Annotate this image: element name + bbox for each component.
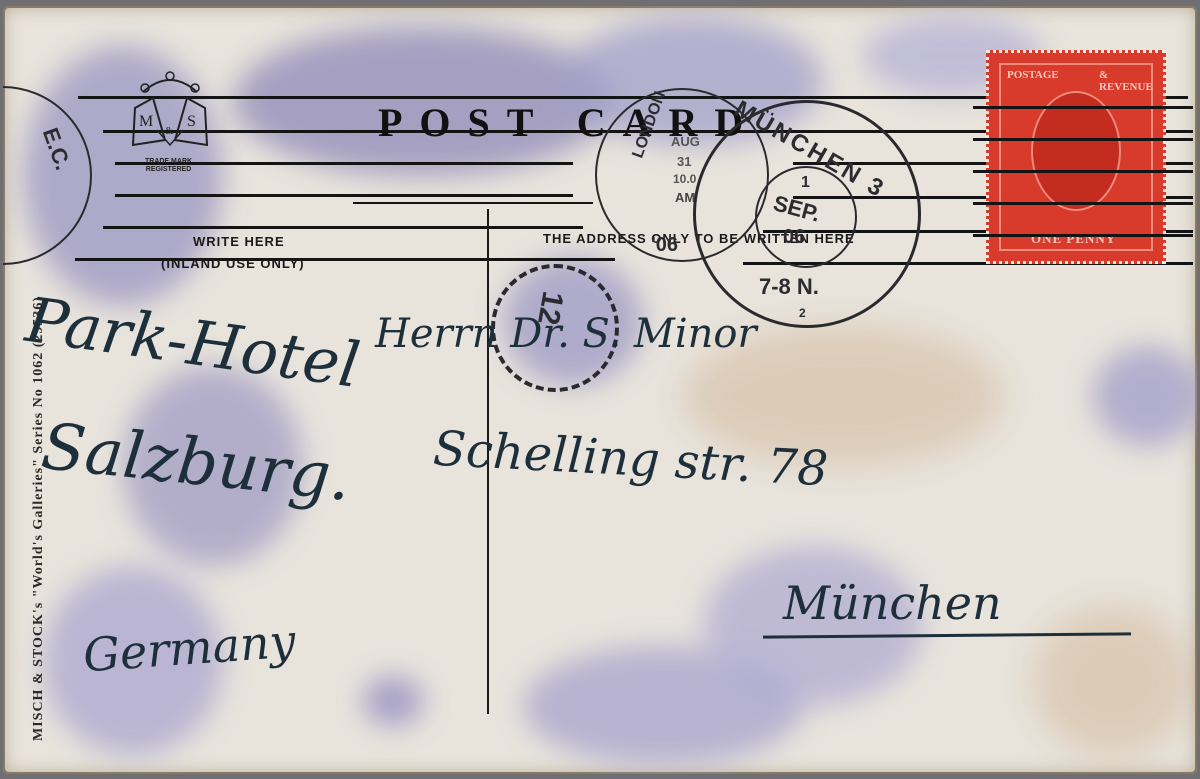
ruled-line xyxy=(75,258,615,261)
king-portrait-icon xyxy=(1031,91,1121,211)
write-here-label: WRITE HERE xyxy=(193,234,285,249)
inland-use-label: (INLAND USE ONLY) xyxy=(161,256,305,271)
recipient-name: Herrn Dr. S. Minor xyxy=(375,311,757,357)
stain xyxy=(363,676,423,726)
recipient-city: München xyxy=(783,576,1002,630)
cancel-line xyxy=(973,138,1193,141)
postcard: POST CARD WRITE HERE (INLAND USE ONLY) T… xyxy=(3,6,1197,774)
cancel-line xyxy=(973,202,1193,205)
munich-postmark-year: 06 xyxy=(783,226,805,249)
munich-postmark-day: 1 xyxy=(801,174,810,192)
svg-text:S: S xyxy=(187,113,196,130)
london-postmark-year: '06 xyxy=(651,234,678,257)
trademark-caption: TRADE MARK REGISTERED xyxy=(145,158,192,174)
postage-stamp: POSTAGE & REVENUE ONE PENNY xyxy=(986,50,1166,264)
cancel-line xyxy=(973,106,1193,109)
trademark-caption-line: TRADE MARK xyxy=(145,158,192,166)
stain xyxy=(1093,346,1197,446)
svg-text:M: M xyxy=(139,113,153,130)
ruled-line xyxy=(103,226,583,229)
publisher-imprint: MISCH & STOCK's "World's Galleries" Seri… xyxy=(31,296,47,741)
stamp-revenue-text: & REVENUE xyxy=(1099,69,1163,93)
sender-line-2: Salzburg. xyxy=(38,410,354,516)
svg-text:&: & xyxy=(165,125,174,137)
munich-postmark-sub: 2 xyxy=(799,306,806,320)
london-postmark-time: 10.0 xyxy=(673,172,696,186)
ruled-line xyxy=(115,194,573,197)
london-postmark-ampm: AM xyxy=(675,190,695,205)
stamp-postage-text: POSTAGE xyxy=(1007,69,1059,81)
rust-spots xyxy=(1033,606,1193,756)
munich-postmark-time: 7-8 N. xyxy=(759,274,819,300)
london-postmark-day: 31 xyxy=(677,154,691,169)
bells-trademark-icon: M & S xyxy=(115,70,225,170)
trademark-caption-line: REGISTERED xyxy=(145,166,192,174)
cancel-line xyxy=(973,234,1193,237)
london-postmark-month: AUG xyxy=(671,134,700,149)
cancel-line xyxy=(973,170,1193,173)
ruled-line xyxy=(353,202,593,204)
